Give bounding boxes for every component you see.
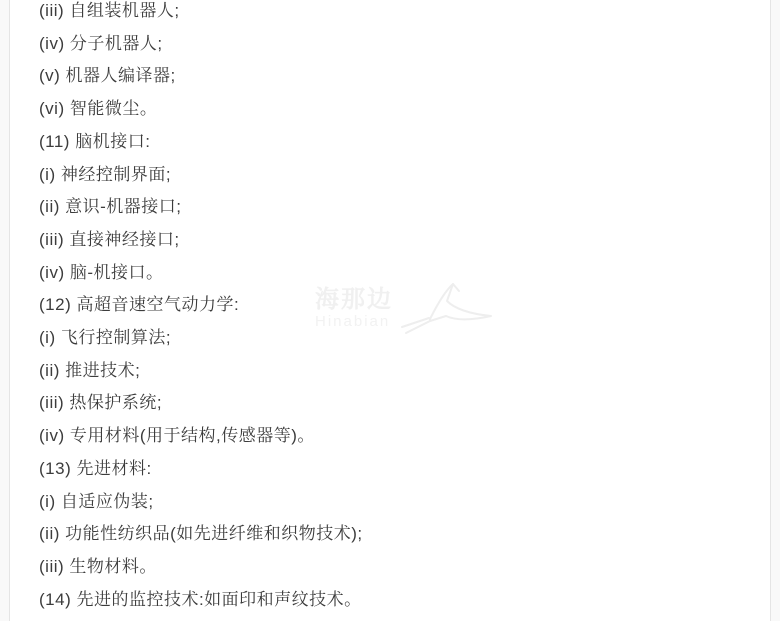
right-margin-strip xyxy=(770,0,780,621)
list-line: (iii) 直接神经接口; xyxy=(39,224,768,257)
list-line: (ii) 推进技术; xyxy=(39,355,768,388)
list-line: (ii) 意识-机器接口; xyxy=(39,191,768,224)
list-line: (iv) 脑-机接口。 xyxy=(39,257,768,290)
list-line: (iii) 热保护系统; xyxy=(39,387,768,420)
list-line: (iv) 分子机器人; xyxy=(39,28,768,61)
list-line: (iv) 专用材料(用于结构,传感器等)。 xyxy=(39,420,768,453)
list-line: (12) 高超音速空气动力学: xyxy=(39,289,768,322)
list-line: (v) 机器人编译器; xyxy=(39,60,768,93)
list-line: (iii) 自组装机器人; xyxy=(39,0,768,28)
list-line: (vi) 智能微尘。 xyxy=(39,93,768,126)
list-line: (i) 自适应伪装; xyxy=(39,486,768,519)
left-margin-strip xyxy=(0,0,10,621)
list-line: (13) 先进材料: xyxy=(39,453,768,486)
list-line: (i) 飞行控制算法; xyxy=(39,322,768,355)
list-line: (ii) 功能性纺织品(如先进纤维和织物技术); xyxy=(39,518,768,551)
document-text: (iii) 自组装机器人;(iv) 分子机器人;(v) 机器人编译器;(vi) … xyxy=(11,0,768,616)
document-page: 海那边 Hinabian (iii) 自组装机器人;(iv) 分子机器人;(v)… xyxy=(0,0,780,621)
content-area: 海那边 Hinabian (iii) 自组装机器人;(iv) 分子机器人;(v)… xyxy=(11,0,768,621)
list-line: (14) 先进的监控技术:如面印和声纹技术。 xyxy=(39,584,768,617)
list-line: (iii) 生物材料。 xyxy=(39,551,768,584)
list-line: (i) 神经控制界面; xyxy=(39,159,768,192)
list-line: (11) 脑机接口: xyxy=(39,126,768,159)
